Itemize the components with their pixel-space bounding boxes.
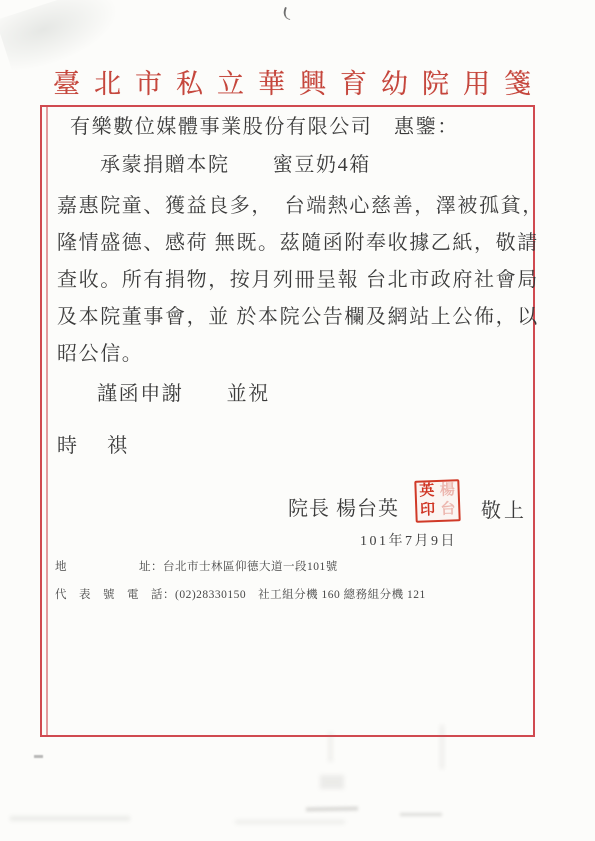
scan-bleed-mark (320, 775, 344, 789)
seal-char: 台 (438, 500, 459, 520)
footer-address-line: 地 址：台北市士林區仰德大道一段101號 (55, 558, 338, 574)
seal-char: 印 (417, 501, 438, 521)
body-line: 隆情盛德、感荷 無既。茲隨函附奉收據乙紙，敬請 (57, 226, 539, 255)
scan-speck (34, 755, 43, 758)
pen-mark (282, 7, 294, 20)
footer-phone-line: 代 表 號 電 話：(02)28330150 社工組分機 160 總務組分機 1… (55, 586, 426, 602)
scanned-letter-page: 臺北市私立華興育幼院用箋 有樂數位媒體事業股份有限公司 惠鑒： 承蒙捐贈本院 蜜… (0, 0, 595, 841)
seal-char: 英 (416, 482, 437, 502)
closing-line: 謹函申謝 並祝 (97, 377, 270, 406)
scan-bleed-mark (440, 725, 444, 769)
letterhead-title: 臺北市私立華興育幼院用箋 (53, 62, 545, 101)
scan-wisp (10, 816, 130, 821)
body-line: 嘉惠院童、獲益良多， 台端熱心慈善，澤被孤貧， (57, 189, 544, 218)
signature-name: 院長 楊台英 (288, 492, 399, 521)
scan-bleed-mark (328, 732, 333, 762)
recipient-line: 有樂數位媒體事業股份有限公司 惠鑒： (70, 110, 459, 139)
scan-wisp (235, 820, 345, 824)
seal-char: 楊 (437, 481, 458, 501)
name-seal-stamp: 英 楊 印 台 (414, 479, 460, 523)
body-line: 查收。所有捐物，按月列冊呈報 台北市政府社會局 (57, 263, 539, 292)
scan-bleed-mark (306, 807, 358, 812)
body-line: 昭公信。 (57, 337, 143, 366)
well-wish-line: 時 祺 (57, 429, 132, 458)
scan-bleed-mark (400, 813, 442, 816)
body-line: 及本院董事會，並 於本院公告欄及網站上公佈，以 (57, 300, 539, 329)
letter-date: 101年7月9日 (360, 530, 457, 550)
signature-suffix: 敬上 (481, 494, 527, 523)
donation-line: 承蒙捐贈本院 蜜豆奶4箱 (100, 148, 371, 177)
